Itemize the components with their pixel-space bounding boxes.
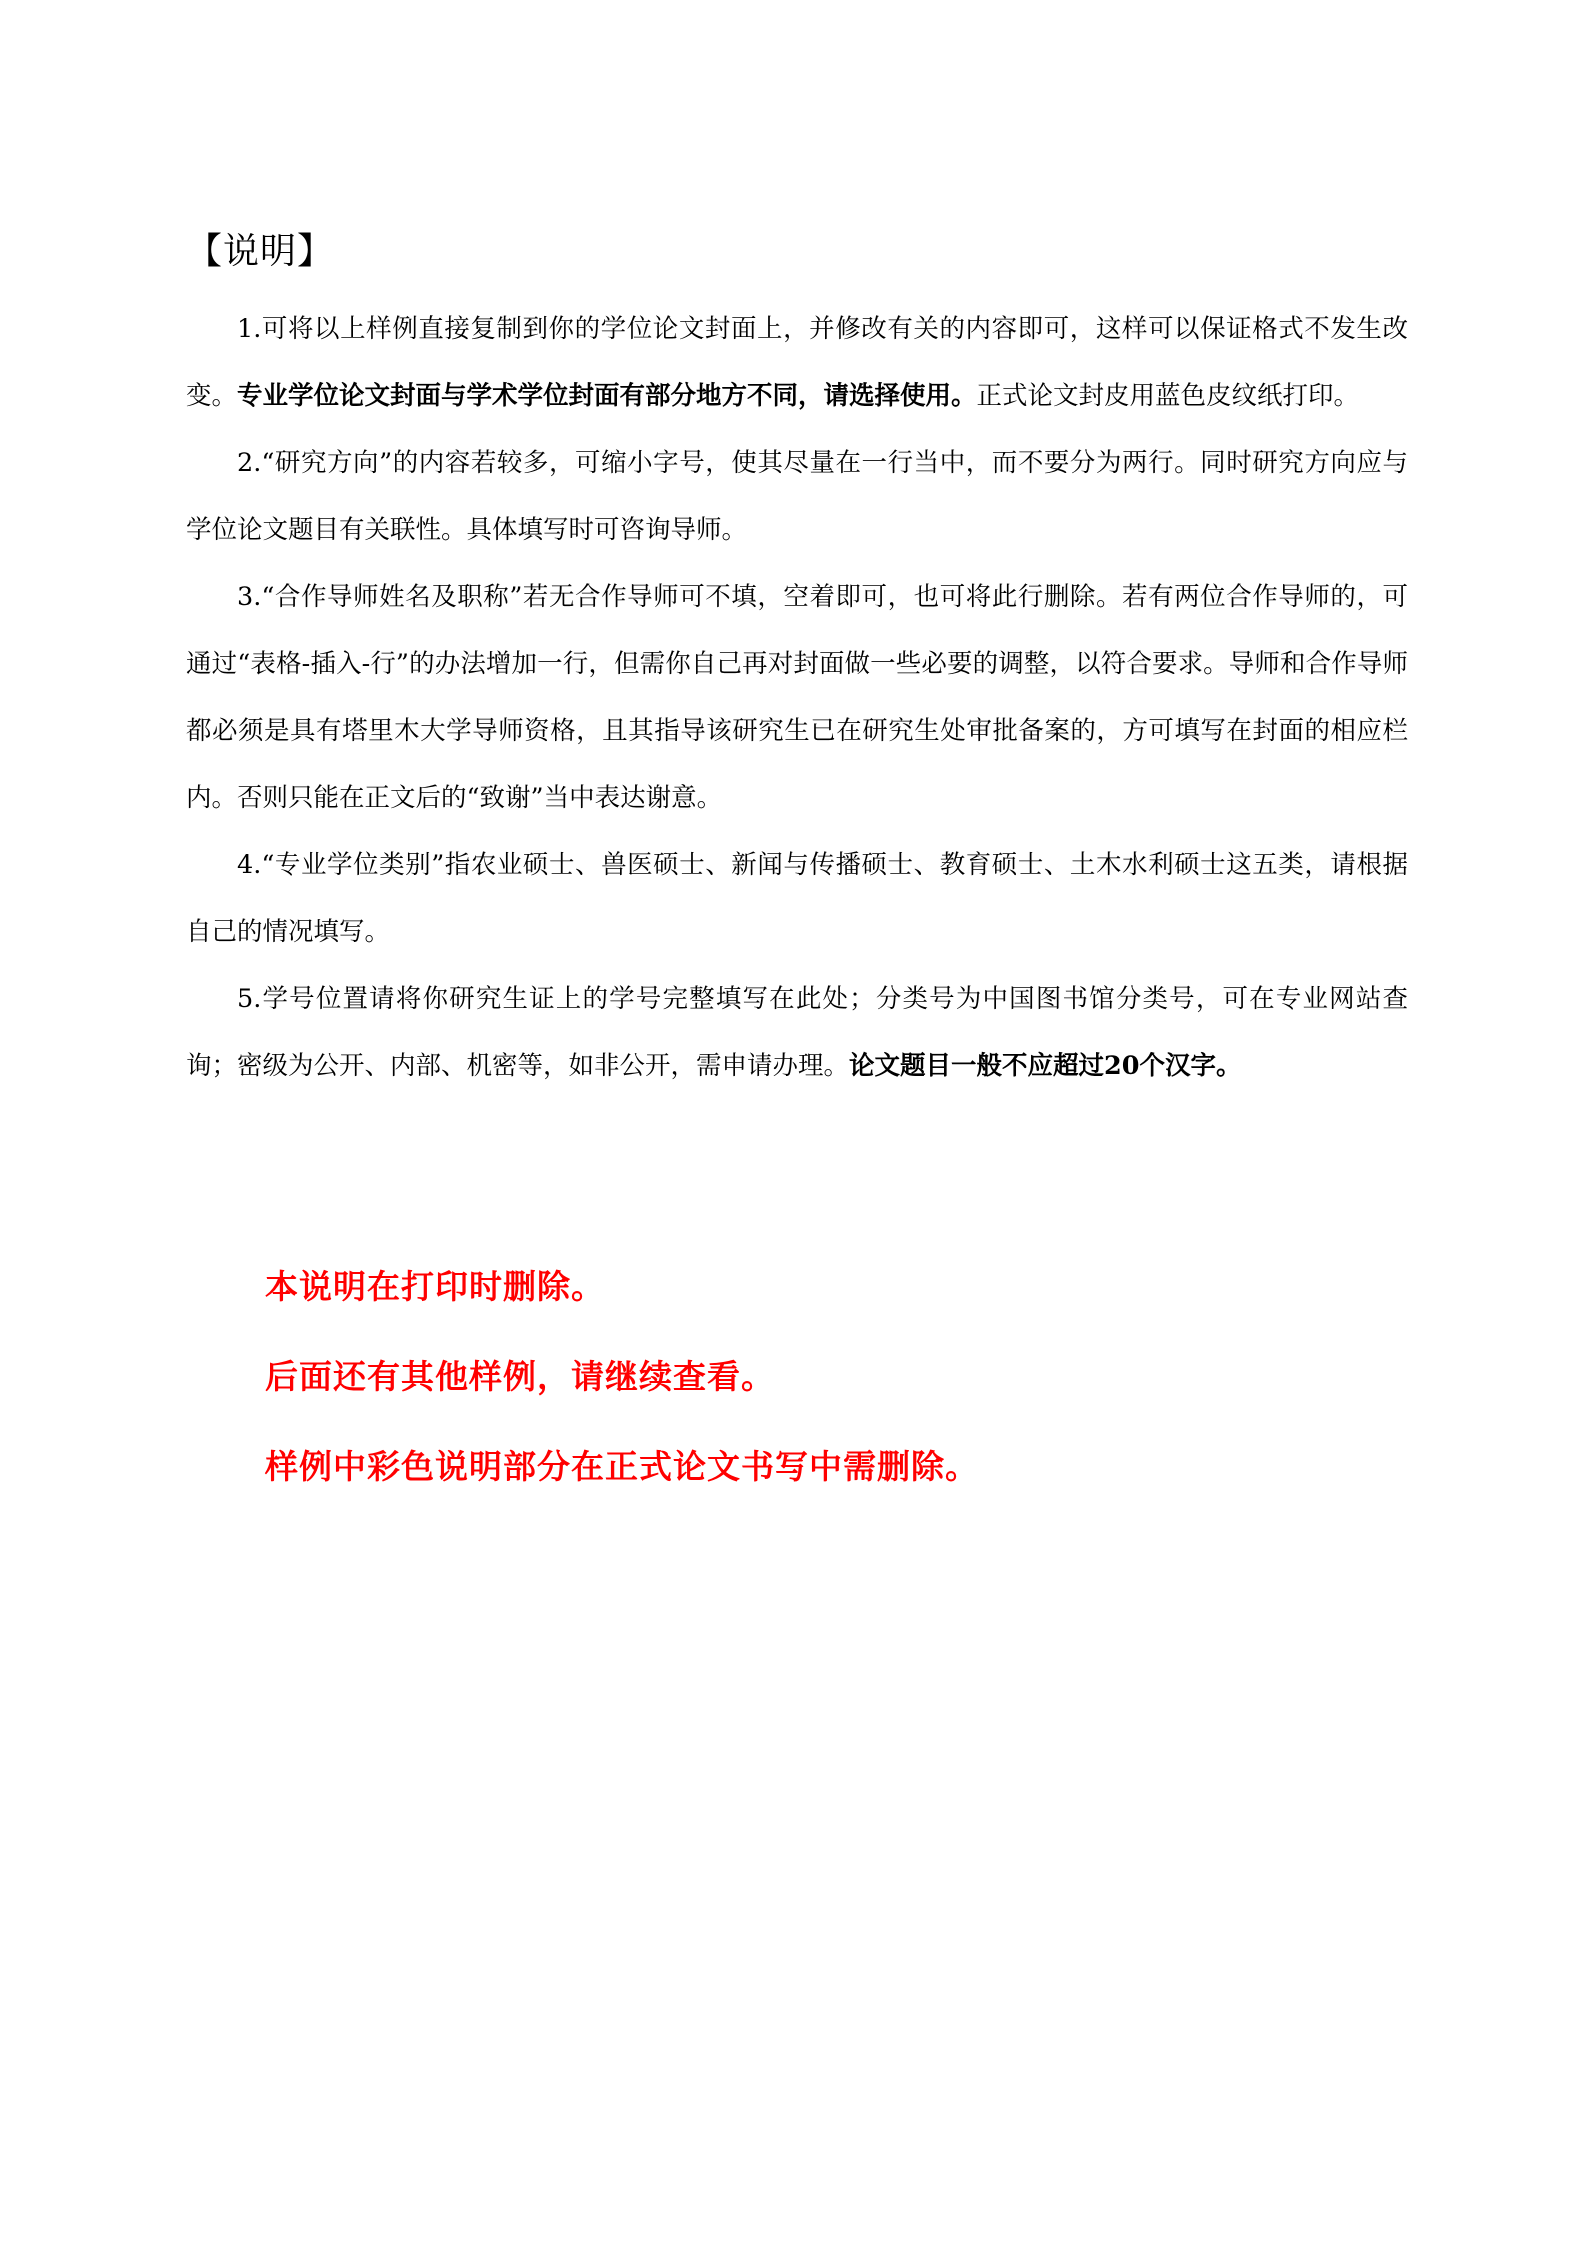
paragraph-bold-text: 论文题目一般不应超过20个汉字。 <box>849 1051 1242 1081</box>
red-note-1: 本说明在打印时删除。 <box>265 1242 979 1332</box>
instruction-paragraph-1: 1.可将以上样例直接复制到你的学位论文封面上，并修改有关的内容即可，这样可以保证… <box>186 296 1408 430</box>
red-note-3: 样例中彩色说明部分在正式论文书写中需删除。 <box>265 1422 979 1512</box>
instruction-paragraph-5: 5.学号位置请将你研究生证上的学号完整填写在此处；分类号为中国图书馆分类号，可在… <box>186 966 1408 1100</box>
document-page: 【说明】 1.可将以上样例直接复制到你的学位论文封面上，并修改有关的内容即可，这… <box>0 0 1587 2245</box>
section-heading: 【说明】 <box>186 228 334 276</box>
paragraph-text: 3.“合作导师姓名及职称”若无合作导师可不填，空着即可，也可将此行删除。若有两位… <box>186 582 1408 813</box>
instruction-paragraph-4: 4.“专业学位类别”指农业硕士、兽医硕士、新闻与传播硕士、教育硕士、土木水利硕士… <box>186 832 1408 966</box>
instruction-paragraph-2: 2.“研究方向”的内容若较多，可缩小字号，使其尽量在一行当中，而不要分为两行。同… <box>186 430 1408 564</box>
paragraph-text: 2.“研究方向”的内容若较多，可缩小字号，使其尽量在一行当中，而不要分为两行。同… <box>186 448 1408 545</box>
paragraph-text: 4.“专业学位类别”指农业硕士、兽医硕士、新闻与传播硕士、教育硕士、土木水利硕士… <box>186 850 1408 947</box>
paragraph-bold-text: 专业学位论文封面与学术学位封面有部分地方不同，请选择使用。 <box>237 381 977 411</box>
red-notes: 本说明在打印时删除。 后面还有其他样例，请继续查看。 样例中彩色说明部分在正式论… <box>265 1242 979 1512</box>
instruction-paragraph-3: 3.“合作导师姓名及职称”若无合作导师可不填，空着即可，也可将此行删除。若有两位… <box>186 564 1408 832</box>
red-note-2: 后面还有其他样例，请继续查看。 <box>265 1332 979 1422</box>
instructions-body: 1.可将以上样例直接复制到你的学位论文封面上，并修改有关的内容即可，这样可以保证… <box>186 296 1408 1100</box>
paragraph-text: 正式论文封皮用蓝色皮纹纸打印。 <box>977 381 1360 411</box>
